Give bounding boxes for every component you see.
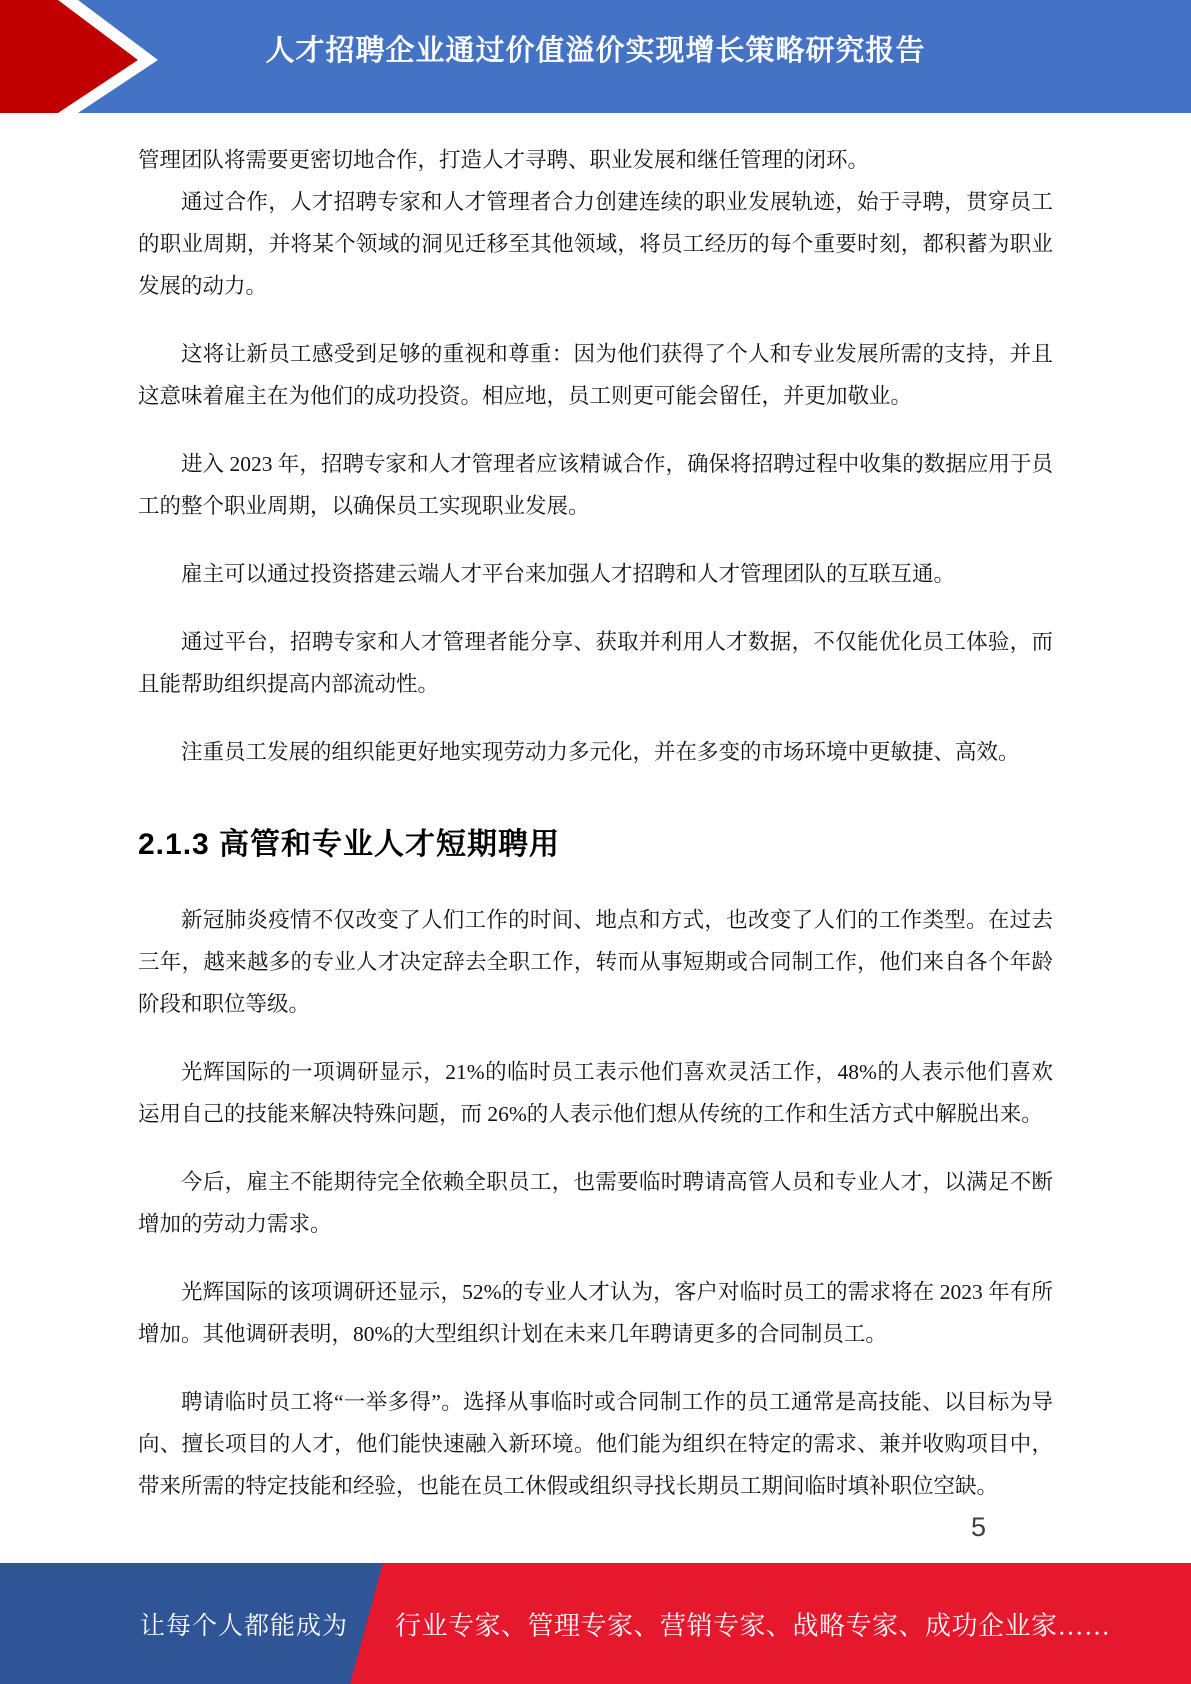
paragraph: 进入 2023 年，招聘专家和人才管理者应该精诚合作，确保将招聘过程中收集的数据… xyxy=(138,443,1053,527)
paragraph: 通过平台，招聘专家和人才管理者能分享、获取并利用人才数据，不仅能优化员工体验，而… xyxy=(138,621,1053,705)
page-header: 人才招聘企业通过价值溢价实现增长策略研究报告 xyxy=(0,0,1191,113)
paragraph: 今后，雇主不能期待完全依赖全职员工，也需要临时聘请高管人员和专业人才，以满足不断… xyxy=(138,1161,1053,1245)
report-title: 人才招聘企业通过价值溢价实现增长策略研究报告 xyxy=(0,28,1191,69)
report-page: 人才招聘企业通过价值溢价实现增长策略研究报告 管理团队将需要更密切地合作，打造人… xyxy=(0,0,1191,1684)
page-number: 5 xyxy=(971,1512,986,1543)
footer-slogan-left: 让每个人都能成为 xyxy=(0,1606,348,1642)
page-footer: 让每个人都能成为 行业专家、管理专家、营销专家、战略专家、成功企业家…… xyxy=(0,1563,1191,1684)
paragraph: 光辉国际的一项调研显示，21%的临时员工表示他们喜欢灵活工作，48%的人表示他们… xyxy=(138,1051,1053,1135)
document-body: 管理团队将需要更密切地合作，打造人才寻聘、职业发展和继任管理的闭环。 通过合作，… xyxy=(0,113,1191,1507)
paragraph: 通过合作，人才招聘专家和人才管理者合力创建连续的职业发展轨迹，始于寻聘，贯穿员工… xyxy=(138,181,1053,307)
paragraph: 聘请临时员工将“一举多得”。选择从事临时或合同制工作的员工通常是高技能、以目标为… xyxy=(138,1381,1053,1507)
footer-slogan-right: 行业专家、管理专家、营销专家、战略专家、成功企业家…… xyxy=(395,1605,1111,1642)
paragraph: 雇主可以通过投资搭建云端人才平台来加强人才招聘和人才管理团队的互联互通。 xyxy=(138,553,1053,595)
paragraph: 管理团队将需要更密切地合作，打造人才寻聘、职业发展和继任管理的闭环。 xyxy=(138,139,1053,181)
paragraph: 新冠肺炎疫情不仅改变了人们工作的时间、地点和方式，也改变了人们的工作类型。在过去… xyxy=(138,899,1053,1025)
paragraph: 这将让新员工感受到足够的重视和尊重：因为他们获得了个人和专业发展所需的支持，并且… xyxy=(138,333,1053,417)
paragraph: 光辉国际的该项调研还显示，52%的专业人才认为，客户对临时员工的需求将在 202… xyxy=(138,1271,1053,1355)
section-heading: 2.1.3 高管和专业人才短期聘用 xyxy=(138,823,1053,867)
paragraph: 注重员工发展的组织能更好地实现劳动力多元化，并在多变的市场环境中更敏捷、高效。 xyxy=(138,731,1053,773)
